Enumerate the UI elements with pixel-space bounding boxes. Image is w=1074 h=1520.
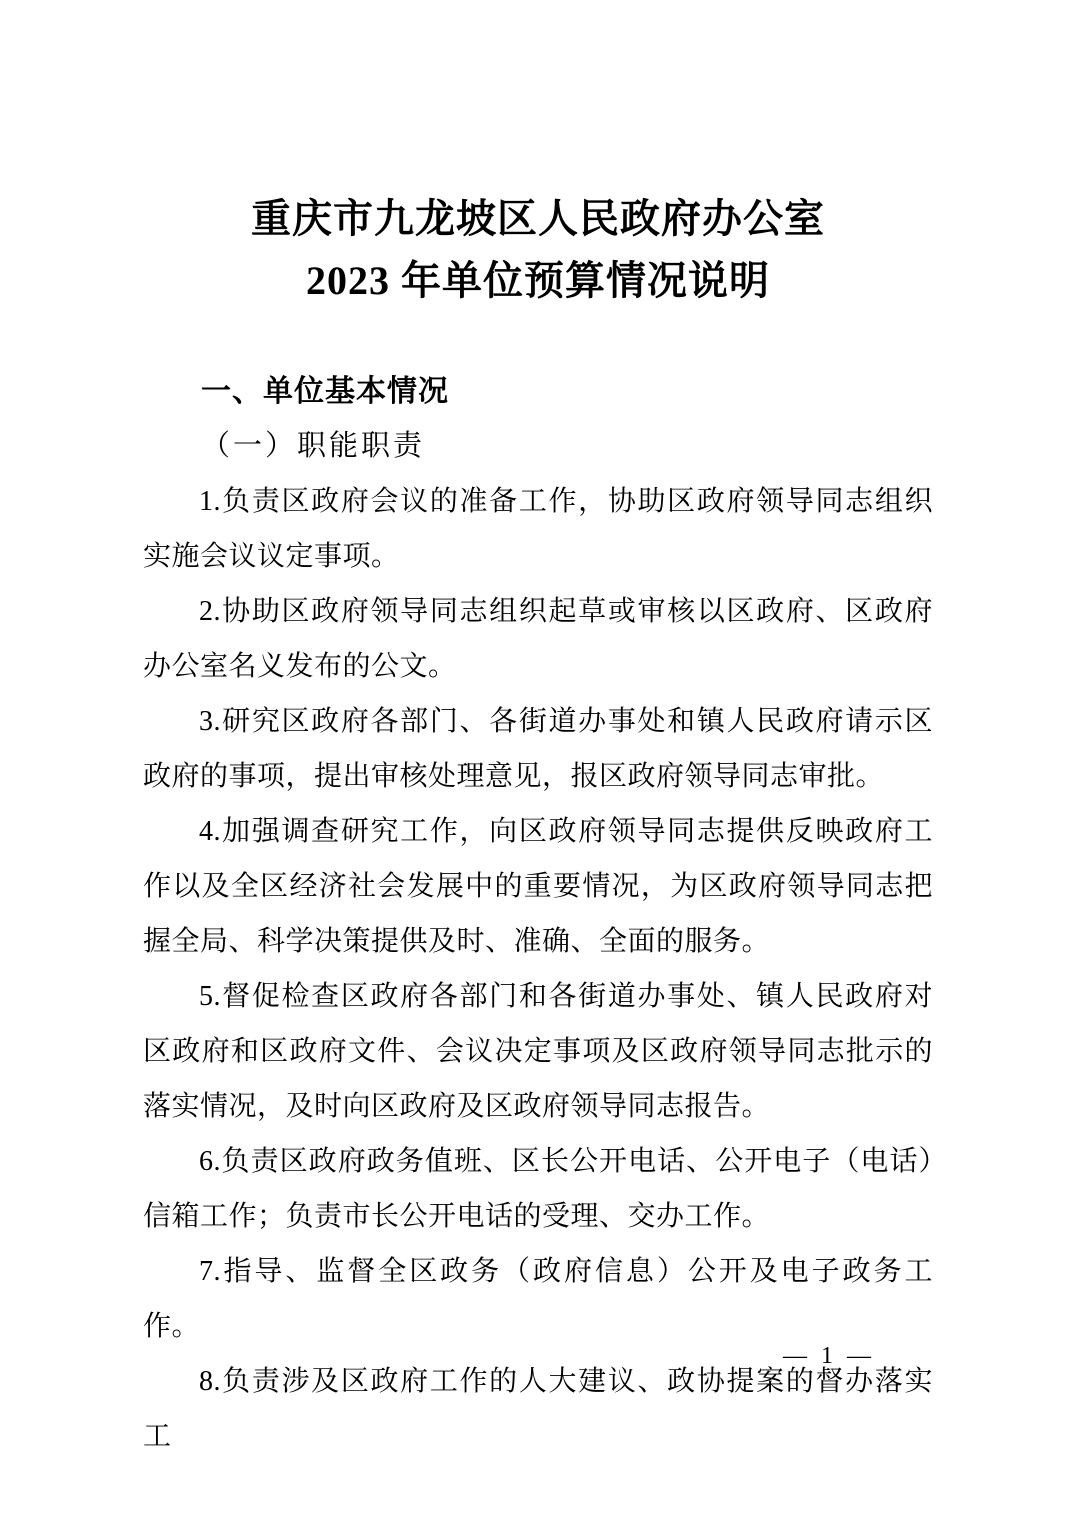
document-content: 重庆市九龙坡区人民政府办公室 2023 年单位预算情况说明 一、单位基本情况 （… — [143, 188, 933, 1464]
document-title-line1: 重庆市九龙坡区人民政府办公室 — [143, 188, 933, 250]
page-number: — 1 — — [783, 1338, 875, 1374]
subsection-heading: （一）职能职责 — [143, 419, 933, 474]
section-heading: 一、单位基本情况 — [143, 364, 933, 419]
body-paragraph-6: 6.负责区政府政务值班、区长公开电话、公开电子（电话）信箱工作；负责市长公开电话… — [143, 1134, 933, 1244]
document-title-line2: 2023 年单位预算情况说明 — [143, 250, 933, 312]
body-paragraph-5: 5.督促检查区政府各部门和各街道办事处、镇人民政府对区政府和区政府文件、会议决定… — [143, 969, 933, 1134]
body-paragraph-3: 3.研究区政府各部门、各街道办事处和镇人民政府请示区政府的事项，提出审核处理意见… — [143, 694, 933, 804]
body-paragraph-1: 1.负责区政府会议的准备工作，协助区政府领导同志组织实施会议议定事项。 — [143, 474, 933, 584]
document-page: 重庆市九龙坡区人民政府办公室 2023 年单位预算情况说明 一、单位基本情况 （… — [0, 0, 1074, 1520]
document-title: 重庆市九龙坡区人民政府办公室 2023 年单位预算情况说明 — [143, 188, 933, 312]
body-paragraph-2: 2.协助区政府领导同志组织起草或审核以区政府、区政府办公室名义发布的公文。 — [143, 584, 933, 694]
body-paragraph-4: 4.加强调查研究工作，向区政府领导同志提供反映政府工作以及全区经济社会发展中的重… — [143, 804, 933, 969]
